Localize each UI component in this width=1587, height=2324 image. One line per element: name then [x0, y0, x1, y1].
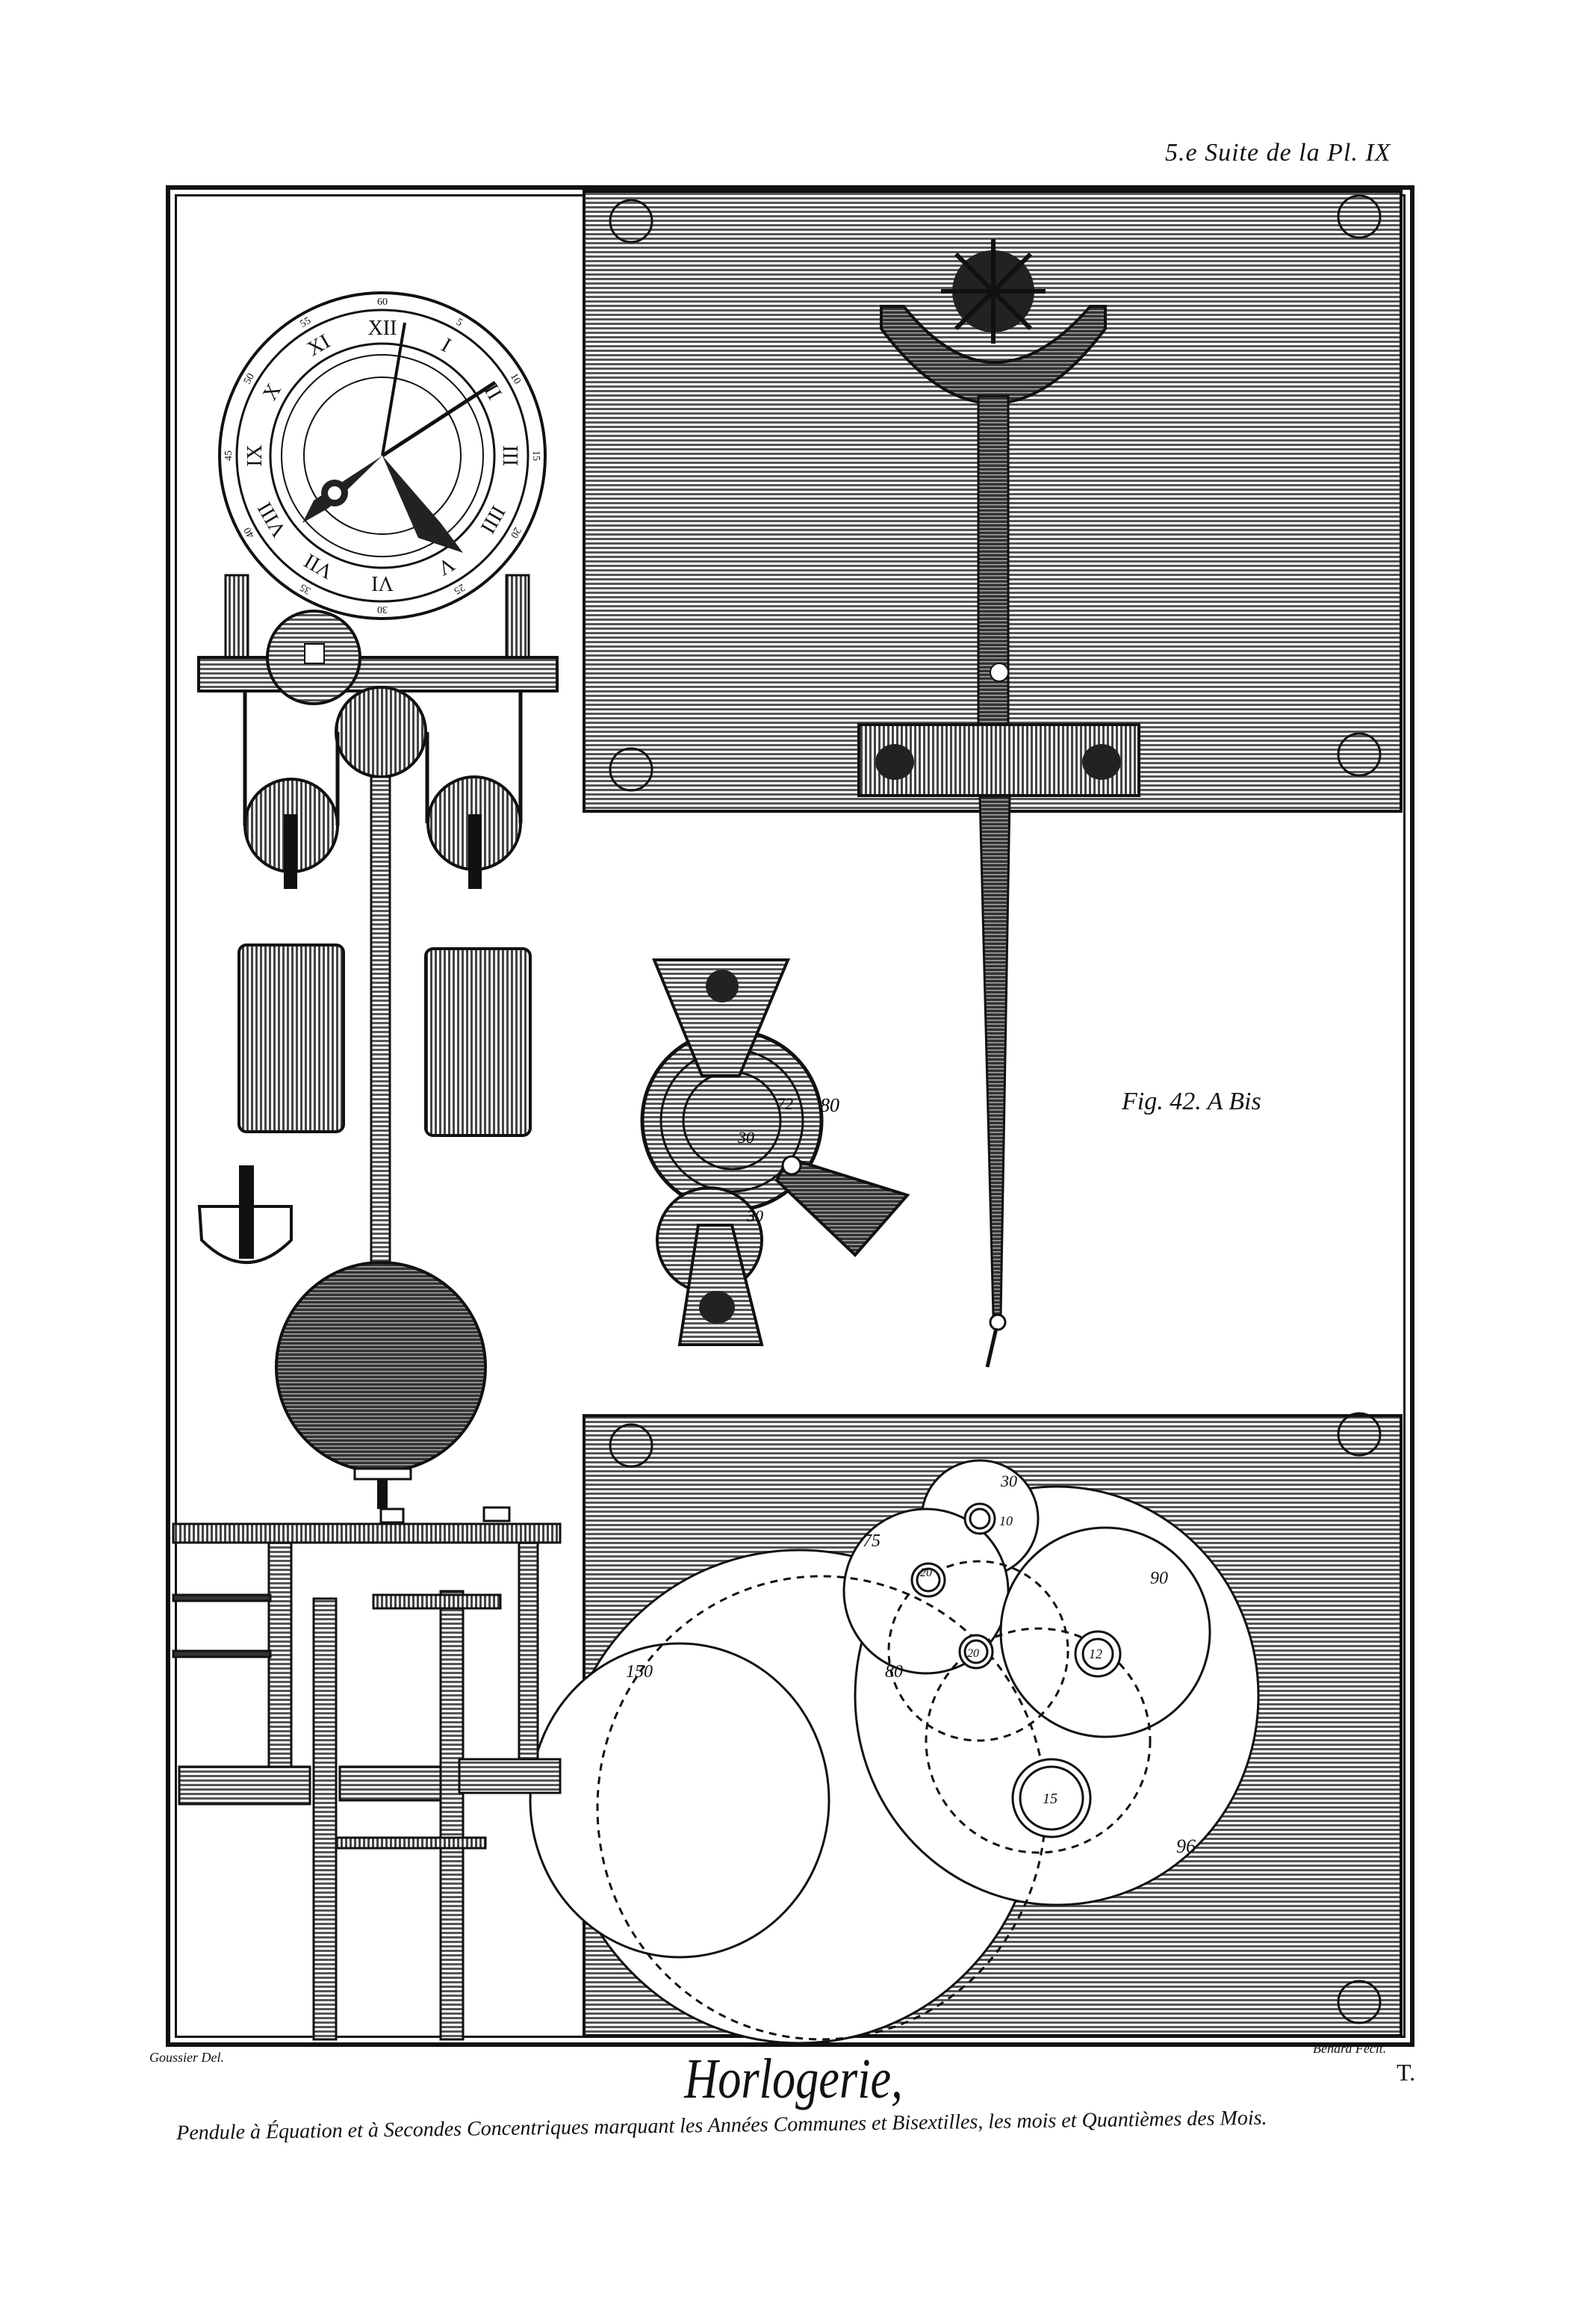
plate-title: Horlogerie,	[143, 2047, 1444, 2112]
svg-text:12: 12	[1089, 1646, 1102, 1661]
weight-right	[426, 949, 530, 1135]
svg-text:15: 15	[1043, 1791, 1058, 1807]
svg-text:72: 72	[777, 1094, 793, 1113]
clock-movement-figure	[199, 575, 557, 1509]
dial-hour-numeral: IX	[243, 444, 267, 467]
escape-wheel-icon	[941, 239, 1046, 344]
dial-hour-numeral: III	[498, 445, 521, 466]
svg-text:20: 20	[967, 1647, 979, 1660]
lower-frame-figure	[173, 1507, 560, 2039]
svg-text:30: 30	[746, 1206, 763, 1225]
pendulum-bob	[276, 1262, 485, 1472]
dial-hour-numeral: VI	[371, 571, 394, 595]
engraving-artwork: 72 80 30 30 30 10 75 20 90 20 12 80 150	[0, 0, 1587, 2324]
center-mechanism-figure: 72 80 30 30	[642, 960, 907, 1345]
svg-text:10: 10	[999, 1513, 1013, 1528]
svg-text:150: 150	[626, 1662, 653, 1682]
svg-text:90: 90	[1150, 1569, 1168, 1588]
dial-minute-mark: 30	[377, 604, 388, 615]
dial-minute-mark: 45	[223, 450, 235, 461]
dial-minute-mark: 60	[377, 297, 388, 308]
dial-minute-mark: 15	[530, 450, 541, 461]
svg-text:75: 75	[863, 1531, 881, 1551]
svg-text:96: 96	[1176, 1835, 1196, 1857]
svg-text:80: 80	[820, 1094, 839, 1116]
svg-text:20: 20	[920, 1567, 932, 1579]
clock-dial-figure: XIIIIIIIIIIIIVVIVIIVIIIIXXXI 60510152025…	[220, 293, 545, 619]
svg-text:30: 30	[737, 1128, 754, 1147]
figure-label: Fig. 42. A Bis	[1122, 1088, 1261, 1116]
pendulum-rod	[371, 777, 390, 1281]
pulley-icon	[336, 687, 426, 777]
weight-left	[239, 945, 344, 1132]
svg-text:80: 80	[885, 1662, 903, 1682]
dial-hour-numeral: XII	[368, 317, 397, 340]
svg-text:30: 30	[1000, 1472, 1017, 1490]
